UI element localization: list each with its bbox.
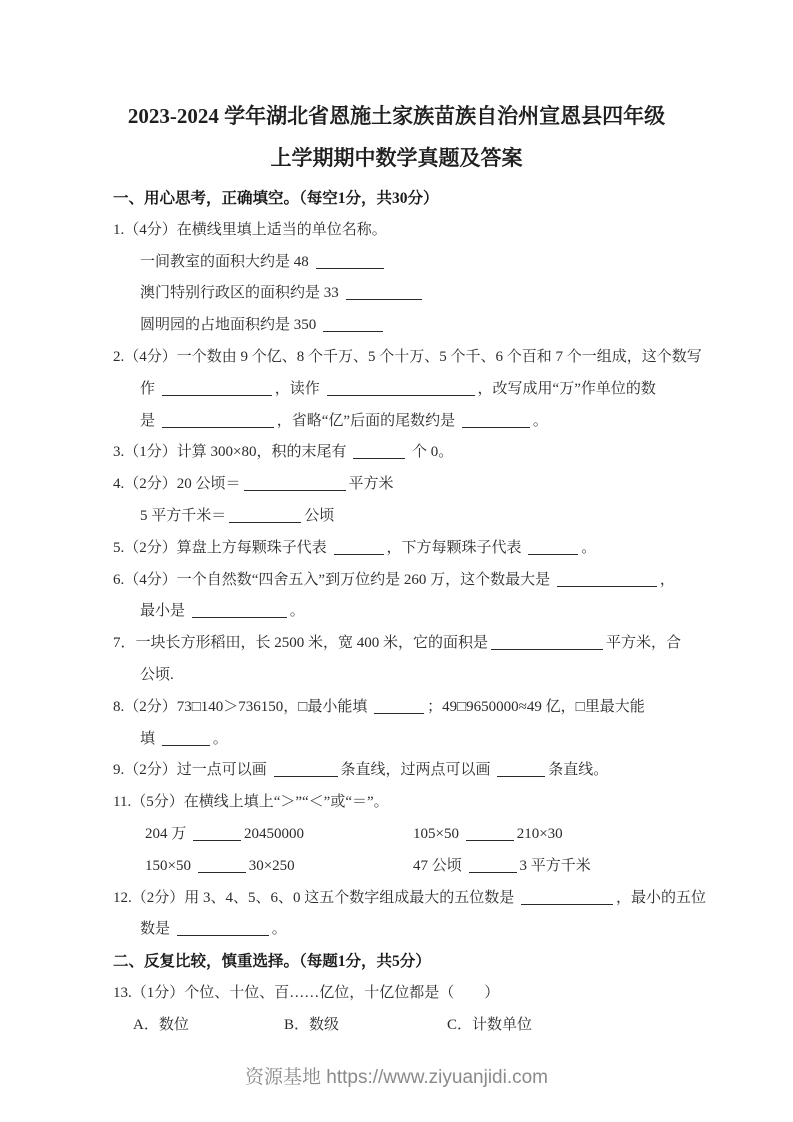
question-line: 13.（1分）个位、十位、百……亿位，十亿位都是（ ）: [113, 978, 775, 1010]
question-text: 7．一块长方形稻田，长 2500 米，宽 400 米，它的面积是: [113, 635, 488, 651]
question-text: 1.（4分）在横线里填上适当的单位名称。: [113, 222, 387, 238]
question-line: 7．一块长方形稻田，长 2500 米，宽 400 米，它的面积是平方米，合: [113, 628, 775, 660]
question-line: 11.（5分）在横线上填上“＞”“＜”或“＝”。: [113, 787, 775, 819]
question-text: 最小是: [140, 603, 189, 619]
question-text: 3 平方千米: [520, 858, 591, 874]
question-line: 9.（2分）过一点可以画 条直线，过两点可以画 条直线。: [113, 755, 775, 787]
answer-blank: [528, 540, 578, 555]
question-line: 4.（2分）20 公顷＝平方米: [113, 469, 775, 501]
answer-blank: [334, 540, 384, 555]
question-text: 13.（1分）个位、十位、百……亿位，十亿位都是（ ）: [113, 985, 499, 1001]
comparison-cell: 47 公顷 3 平方千米: [413, 851, 591, 883]
footer-watermark: 资源基地 https://www.ziyuanjidi.com: [0, 1062, 793, 1089]
question-text: 。: [533, 413, 548, 429]
answer-blank: [469, 858, 517, 873]
answer-blank: [192, 603, 287, 618]
question-text: 150×50: [145, 858, 195, 874]
question-line: 作 ，读作 ，改写成用“万”作单位的数: [113, 374, 775, 406]
question-text: ，: [660, 572, 675, 588]
question-line: 圆明园的占地面积约是 350: [113, 310, 775, 342]
question-text: 是: [140, 413, 159, 429]
question-line: 数是 。: [113, 914, 775, 946]
question-text: 澳门特别行政区的面积约是 33: [140, 285, 343, 301]
question-line: 2.（4分）一个数由 9 个亿、8 个千万、5 个十万、5 个千、6 个百和 7…: [113, 342, 775, 374]
question-text: 204 万: [145, 826, 190, 842]
exam-page: 2023-2024 学年湖北省恩施土家族苗族自治州宣恩县四年级 上学期期中数学真…: [0, 0, 793, 1122]
question-text: 2.（4分）一个数由 9 个亿、8 个千万、5 个十万、5 个千、6 个百和 7…: [113, 349, 702, 365]
question-text: 公顷: [304, 508, 334, 524]
question-text: 11.（5分）在横线上填上“＞”“＜”或“＝”。: [113, 794, 389, 810]
answer-blank: [327, 381, 475, 396]
answer-blank: [323, 317, 383, 332]
page-title: 2023-2024 学年湖北省恩施土家族苗族自治州宣恩县四年级 上学期期中数学真…: [0, 95, 793, 179]
question-text: 3.（1分）计算 300×80，积的末尾有: [113, 444, 350, 460]
question-text: ；49□9650000≈49 亿，□里最大能: [427, 699, 645, 715]
question-text: 6.（4分）一个自然数“四舍五入”到万位约是 260 万，这个数最大是: [113, 572, 554, 588]
answer-blank: [521, 890, 613, 905]
question-line: 204 万 20450000105×50 210×30: [113, 819, 775, 851]
question-text: 。: [290, 603, 305, 619]
comparison-cell: 150×50 30×250: [145, 851, 295, 883]
option-c: C．计数单位: [447, 1010, 532, 1042]
answer-blank: [462, 413, 530, 428]
question-text: 条直线。: [548, 762, 608, 778]
question-text: 平方米: [349, 476, 394, 492]
question-text: B．数级: [284, 1017, 339, 1033]
question-line: 3.（1分）计算 300×80，积的末尾有 个 0。: [113, 437, 775, 469]
option-a: A．数位: [133, 1010, 189, 1042]
question-text: 圆明园的占地面积约是 350: [140, 317, 320, 333]
section-heading: 一、用心思考，正确填空。（每空1分，共30分）: [113, 183, 775, 215]
answer-blank: [316, 254, 384, 269]
question-text: ，省略“亿”后面的尾数约是: [277, 413, 459, 429]
question-line: 5.（2分）算盘上方每颗珠子代表 ，下方每颗珠子代表 。: [113, 533, 775, 565]
question-line: 150×50 30×25047 公顷 3 平方千米: [113, 851, 775, 883]
question-text: 作: [140, 381, 159, 397]
question-line: 5 平方千米＝公顷: [113, 501, 775, 533]
question-text: 平方米，合: [606, 635, 681, 651]
question-text: 。: [581, 540, 596, 556]
question-line: 6.（4分）一个自然数“四舍五入”到万位约是 260 万，这个数最大是 ，: [113, 565, 775, 597]
title-line-1: 2023-2024 学年湖北省恩施土家族苗族自治州宣恩县四年级: [0, 95, 793, 137]
answer-blank: [466, 826, 514, 841]
answer-blank: [229, 508, 301, 523]
question-text: 公顷.: [140, 667, 174, 683]
answer-blank: [162, 413, 274, 428]
question-line: 澳门特别行政区的面积约是 33: [113, 278, 775, 310]
question-line: A．数位B．数级C．计数单位: [113, 1010, 775, 1042]
question-text: 。: [213, 731, 228, 747]
answer-blank: [353, 444, 405, 459]
question-text: 个 0。: [408, 444, 453, 460]
option-b: B．数级: [284, 1010, 339, 1042]
answer-blank: [198, 858, 246, 873]
answer-blank: [162, 731, 210, 746]
section-heading: 二、反复比较，慎重选择。（每题1分，共5分）: [113, 946, 775, 978]
answer-blank: [346, 285, 422, 300]
footer-site-link: 资源基地 https://www.ziyuanjidi.com: [245, 1067, 548, 1088]
question-text: 。: [272, 921, 287, 937]
question-line: 8.（2分）73□140＞736150，□最小能填 ；49□9650000≈49…: [113, 692, 775, 724]
question-text: 填: [140, 731, 159, 747]
question-text: 8.（2分）73□140＞736150，□最小能填: [113, 699, 371, 715]
question-text: 20450000: [244, 826, 304, 842]
question-text: 30×250: [249, 858, 295, 874]
answer-blank: [177, 921, 269, 936]
question-text: 9.（2分）过一点可以画: [113, 762, 271, 778]
question-text: 4.（2分）20 公顷＝: [113, 476, 241, 492]
question-text: ，读作: [275, 381, 324, 397]
question-line: 一间教室的面积大约是 48: [113, 247, 775, 279]
question-line: 最小是 。: [113, 596, 775, 628]
answer-blank: [193, 826, 241, 841]
question-line: 1.（4分）在横线里填上适当的单位名称。: [113, 215, 775, 247]
question-line: 是 ，省略“亿”后面的尾数约是 。: [113, 406, 775, 438]
answer-blank: [274, 762, 338, 777]
question-line: 公顷.: [113, 660, 775, 692]
answer-blank: [491, 635, 603, 650]
question-text: ，下方每颗珠子代表: [387, 540, 526, 556]
question-text: 210×30: [517, 826, 563, 842]
comparison-cell: 204 万 20450000: [145, 819, 304, 851]
question-text: 12.（2分）用 3、4、5、6、0 这五个数字组成最大的五位数是: [113, 890, 518, 906]
answer-blank: [497, 762, 545, 777]
question-line: 填 。: [113, 724, 775, 756]
question-text: ，改写成用“万”作单位的数: [478, 381, 656, 397]
question-text: C．计数单位: [447, 1017, 532, 1033]
question-text: 105×50: [413, 826, 463, 842]
question-text: 数是: [140, 921, 174, 937]
question-line: 12.（2分）用 3、4、5、6、0 这五个数字组成最大的五位数是 ，最小的五位: [113, 883, 775, 915]
answer-blank: [244, 476, 346, 491]
title-line-2: 上学期期中数学真题及答案: [0, 137, 793, 179]
exam-body: 一、用心思考，正确填空。（每空1分，共30分）1.（4分）在横线里填上适当的单位…: [113, 183, 775, 1042]
answer-blank: [557, 572, 657, 587]
question-text: 5.（2分）算盘上方每颗珠子代表: [113, 540, 331, 556]
question-text: 条直线，过两点可以画: [341, 762, 495, 778]
question-text: 5 平方千米＝: [140, 508, 226, 524]
answer-blank: [162, 381, 272, 396]
question-text: 47 公顷: [413, 858, 466, 874]
question-text: A．数位: [133, 1017, 189, 1033]
answer-blank: [374, 699, 424, 714]
question-text: ，最小的五位: [616, 890, 706, 906]
comparison-cell: 105×50 210×30: [413, 819, 563, 851]
question-text: 一间教室的面积大约是 48: [140, 254, 313, 270]
